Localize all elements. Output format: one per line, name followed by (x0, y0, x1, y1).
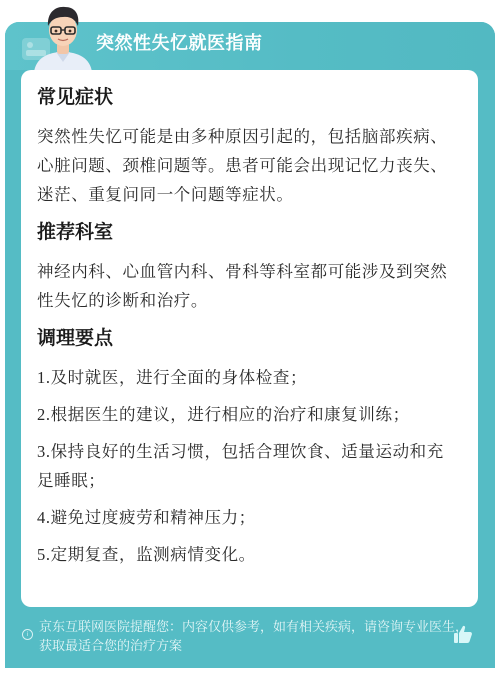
section-title: 常见症状 (37, 82, 457, 112)
list-item: 1.及时就医，进行全面的身体检查； (37, 363, 457, 392)
disclaimer-text: 京东互联网医院提醒您：内容仅供参考，如有相关疾病，请咨询专业医生，获取最适合您的… (24, 618, 469, 656)
section-title: 推荐科室 (37, 217, 457, 247)
doctor-avatar-icon (28, 2, 98, 72)
list-item: 4.避免过度疲劳和精神压力； (37, 503, 457, 532)
section-body: 突然性失忆可能是由多种原因引起的，包括脑部疾病、心脏问题、颈椎问题等。患者可能会… (37, 122, 457, 209)
section-departments: 推荐科室 神经内科、心血管内科、骨科等科室都可能涉及到突然性失忆的诊断和治疗。 (37, 217, 457, 315)
list-item: 5.定期复查，监测病情变化。 (37, 540, 457, 569)
guide-content: 常见症状 突然性失忆可能是由多种原因引起的，包括脑部疾病、心脏问题、颈椎问题等。… (37, 82, 457, 577)
page-title: 突然性失忆就医指南 (96, 30, 263, 58)
list-item: 2.根据医生的建议，进行相应的治疗和康复训练； (37, 400, 457, 429)
section-body: 神经内科、心血管内科、骨科等科室都可能涉及到突然性失忆的诊断和治疗。 (37, 257, 457, 315)
section-title: 调理要点 (37, 323, 457, 353)
list-item: 3.保持良好的生活习惯，包括合理饮食、适量运动和充足睡眠； (37, 437, 457, 495)
section-symptoms: 常见症状 突然性失忆可能是由多种原因引起的，包括脑部疾病、心脏问题、颈椎问题等。… (37, 82, 457, 209)
thumbs-up-icon[interactable] (453, 624, 473, 644)
section-care-tips: 调理要点 1.及时就医，进行全面的身体检查； 2.根据医生的建议，进行相应的治疗… (37, 323, 457, 569)
